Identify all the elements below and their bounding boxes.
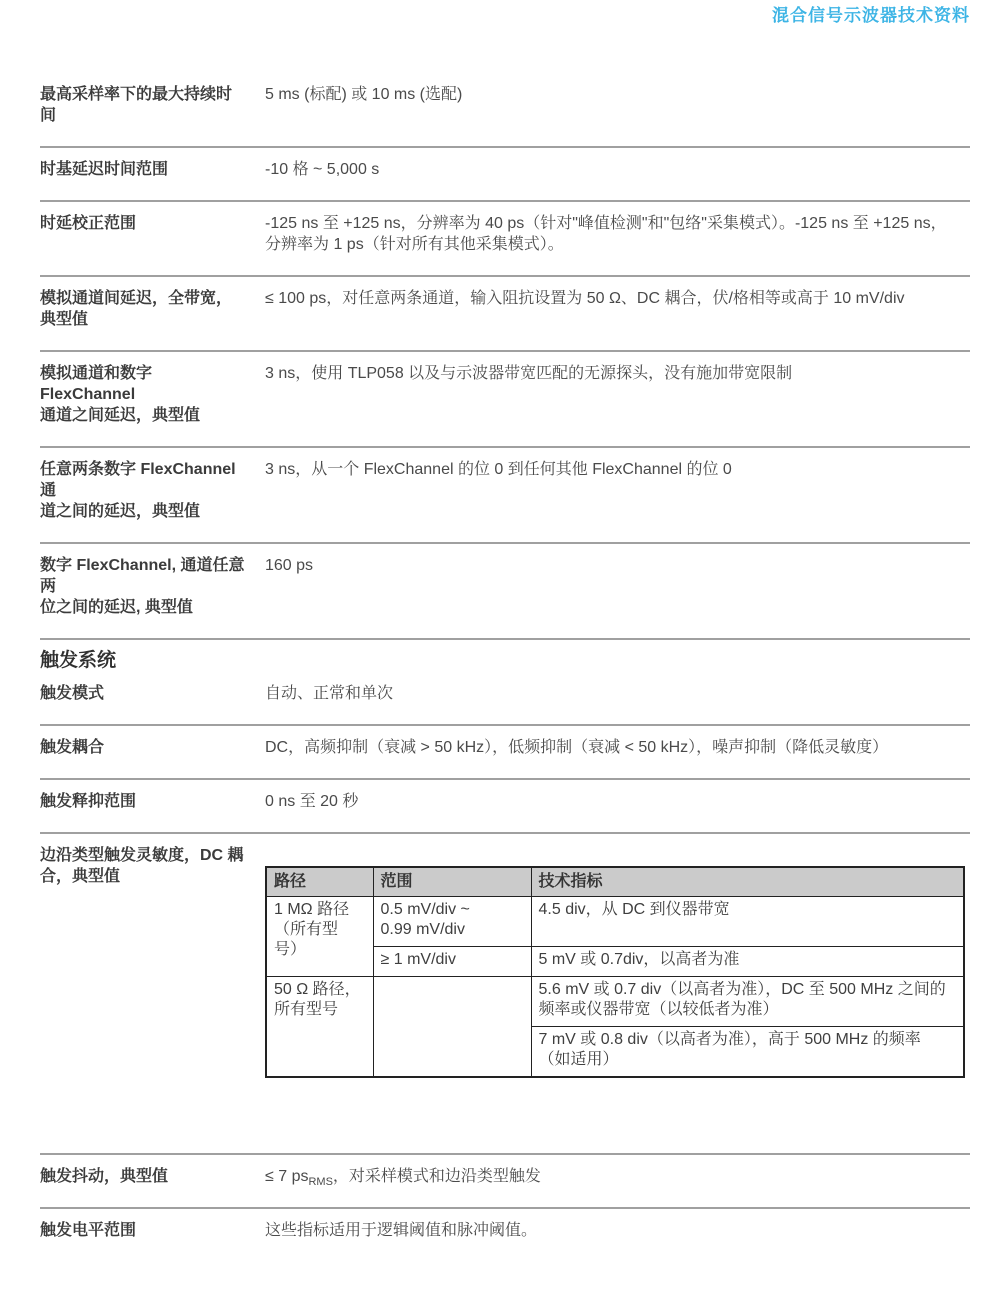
jitter-value-suffix: ，对采样模式和边沿类型触发 xyxy=(333,1168,541,1185)
cell-spec-50ohm-low: 5.6 mV 或 0.7 div（以高者为准），DC 至 500 MHz 之间的… xyxy=(531,977,964,1027)
spec-label: 时延校正范围 xyxy=(40,213,245,234)
cell-spec-1mohm-low: 4.5 div，从 DC 到仪器带宽 xyxy=(531,897,964,947)
spec-label: 触发模式 xyxy=(40,683,245,704)
spec-row-trigger-jitter: 触发抖动，典型值 ≤ 7 psRMS，对采样模式和边沿类型触发 xyxy=(40,1153,970,1207)
spec-row-trigger-holdoff: 触发释抑范围 0 ns 至 20 秒 xyxy=(40,778,970,832)
spec-label: 任意两条数字 FlexChannel 通 道之间的延迟，典型值 xyxy=(40,459,245,522)
spec-label: 数字 FlexChannel, 通道任意两 位之间的延迟, 典型值 xyxy=(40,555,245,618)
spec-value: 160 ps xyxy=(265,555,970,576)
cell-spec-1mohm-high: 5 mV 或 0.7div，以高者为准 xyxy=(531,947,964,977)
cell-range-1mohm-low: 0.5 mV/div ~ 0.99 mV/div xyxy=(373,897,531,947)
section-heading-trigger-system: 触发系统 xyxy=(40,638,970,683)
spec-row-flexchannel-delay: 任意两条数字 FlexChannel 通 道之间的延迟，典型值 3 ns，从一个… xyxy=(40,446,970,542)
spec-row-deskew-range: 时延校正范围 -125 ns 至 +125 ns，分辨率为 40 ps（针对"峰… xyxy=(40,200,970,275)
datasheet-page: 混合信号示波器技术资料 最高采样率下的最大持续时 间 5 ms (标配) 或 1… xyxy=(0,0,1000,1301)
cell-path-1mohm: 1 MΩ 路径 （所有型 号） xyxy=(266,897,373,977)
spec-row-max-duration: 最高采样率下的最大持续时 间 5 ms (标配) 或 10 ms (选配) xyxy=(40,84,970,146)
spec-row-timebase-delay-range: 时基延迟时间范围 -10 格 ~ 5,000 s xyxy=(40,146,970,200)
spec-label: 模拟通道和数字 FlexChannel 通道之间延迟，典型值 xyxy=(40,363,245,426)
spec-label: 触发抖动，典型值 xyxy=(40,1166,245,1187)
spec-value: 3 ns，使用 TLP058 以及与示波器带宽匹配的无源探头，没有施加带宽限制 xyxy=(265,363,970,384)
table-row: 1 MΩ 路径 （所有型 号） 0.5 mV/div ~ 0.99 mV/div… xyxy=(266,897,964,947)
doc-title: 混合信号示波器技术资料 xyxy=(40,6,970,26)
spec-value: -125 ns 至 +125 ns，分辨率为 40 ps（针对"峰值检测"和"包… xyxy=(265,213,970,255)
cell-range-1mohm-high: ≥ 1 mV/div xyxy=(373,947,531,977)
table-row: 50 Ω 路径， 所有型号 5.6 mV 或 0.7 div（以高者为准），DC… xyxy=(266,977,964,1027)
cell-range-50ohm xyxy=(373,977,531,1078)
spec-label: 触发耦合 xyxy=(40,737,245,758)
spec-value: 这些指标适用于逻辑阈值和脉冲阈值。 xyxy=(265,1220,970,1241)
spec-row-flexchannel-bit-delay: 数字 FlexChannel, 通道任意两 位之间的延迟, 典型值 160 ps xyxy=(40,542,970,638)
column-header-path: 路径 xyxy=(266,867,373,897)
spec-label: 时基延迟时间范围 xyxy=(40,159,245,180)
spec-value: DC，高频抑制（衰减 > 50 kHz），低频抑制（衰减 < 50 kHz），噪… xyxy=(265,737,970,758)
spec-value: ≤ 7 psRMS，对采样模式和边沿类型触发 xyxy=(265,1166,970,1187)
spec-value: ≤ 100 ps，对任意两条通道，输入阻抗设置为 50 Ω、DC 耦合，伏/格相… xyxy=(265,288,970,309)
cell-spec-50ohm-high: 7 mV 或 0.8 div（以高者为准），高于 500 MHz 的频率 （如适… xyxy=(531,1027,964,1078)
jitter-value-subscript: RMS xyxy=(308,1176,332,1188)
column-header-range: 范围 xyxy=(373,867,531,897)
spec-value: -10 格 ~ 5,000 s xyxy=(265,159,970,180)
edge-sensitivity-table: 路径 范围 技术指标 1 MΩ 路径 （所有型 号） 0.5 mV/div ~ … xyxy=(265,866,965,1078)
spec-label: 最高采样率下的最大持续时 间 xyxy=(40,84,245,126)
spec-row-edge-trigger-sensitivity: 边沿类型触发灵敏度，DC 耦 合，典型值 路径 范围 技术指标 1 MΩ 路径 … xyxy=(40,832,970,1153)
spec-label: 边沿类型触发灵敏度，DC 耦 合，典型值 xyxy=(40,845,245,887)
spec-value: 5 ms (标配) 或 10 ms (选配) xyxy=(265,84,970,105)
spec-label: 触发电平范围 xyxy=(40,1220,245,1241)
spec-row-trigger-coupling: 触发耦合 DC，高频抑制（衰减 > 50 kHz），低频抑制（衰减 < 50 k… xyxy=(40,724,970,778)
table-header-row: 路径 范围 技术指标 xyxy=(266,867,964,897)
spec-value: 0 ns 至 20 秒 xyxy=(265,791,970,812)
spec-row-trigger-level-range: 触发电平范围 这些指标适用于逻辑阈值和脉冲阈值。 xyxy=(40,1207,970,1261)
spec-value: 自动、正常和单次 xyxy=(265,683,970,704)
spec-label: 触发释抑范围 xyxy=(40,791,245,812)
spec-row-analog-channel-delay: 模拟通道间延迟，全带宽， 典型值 ≤ 100 ps，对任意两条通道，输入阻抗设置… xyxy=(40,275,970,350)
jitter-value-prefix: ≤ 7 ps xyxy=(265,1168,308,1185)
column-header-spec: 技术指标 xyxy=(531,867,964,897)
spec-label: 模拟通道间延迟，全带宽， 典型值 xyxy=(40,288,245,330)
spec-row-trigger-mode: 触发模式 自动、正常和单次 xyxy=(40,683,970,724)
spec-value: 路径 范围 技术指标 1 MΩ 路径 （所有型 号） 0.5 mV/div ~ … xyxy=(265,845,970,1099)
cell-path-50ohm: 50 Ω 路径， 所有型号 xyxy=(266,977,373,1078)
spec-row-analog-digital-delay: 模拟通道和数字 FlexChannel 通道之间延迟，典型值 3 ns，使用 T… xyxy=(40,350,970,446)
spec-value: 3 ns，从一个 FlexChannel 的位 0 到任何其他 FlexChan… xyxy=(265,459,970,480)
